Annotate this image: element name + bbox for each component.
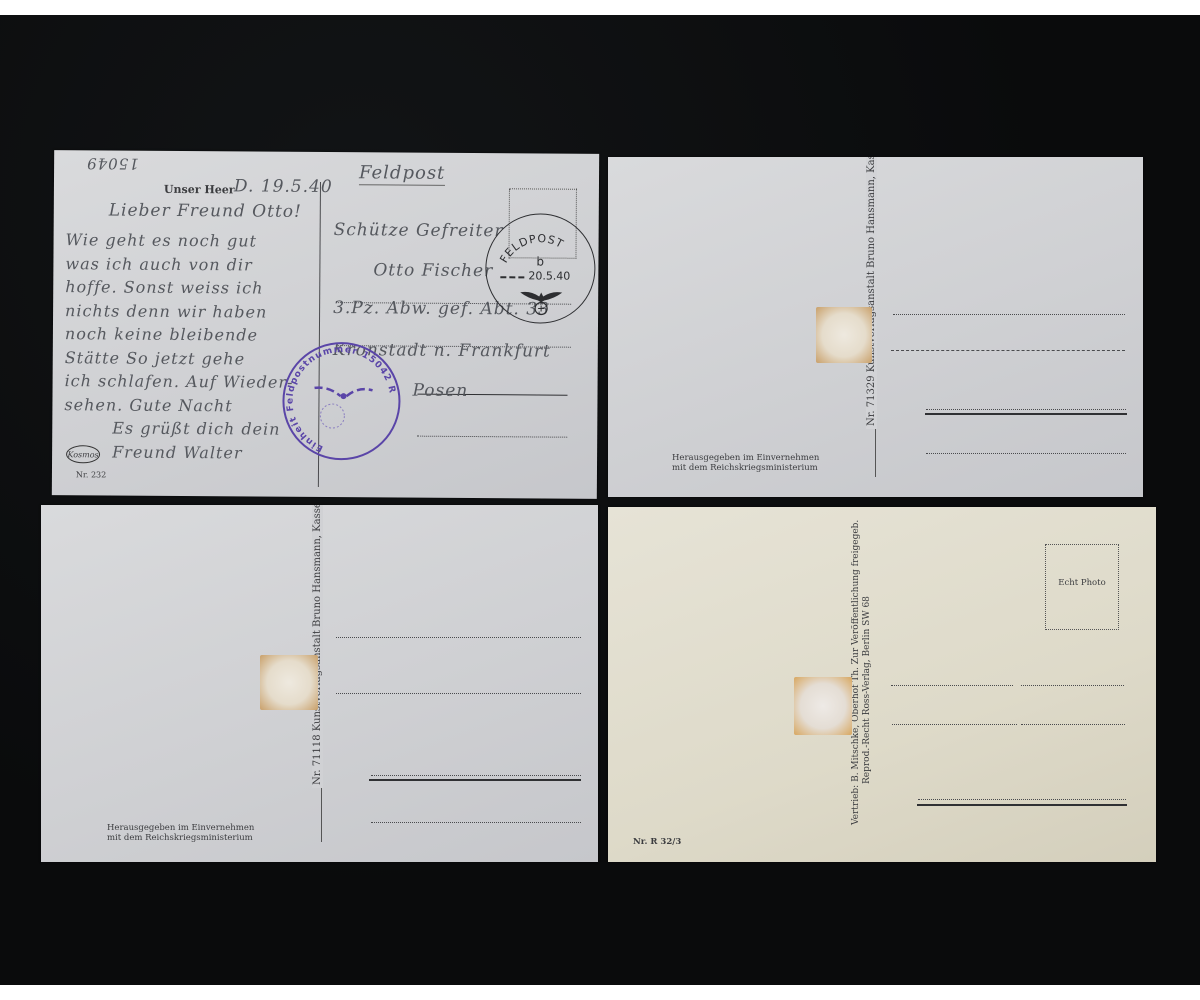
publisher-logo-text: Kosmos [67, 450, 98, 459]
vertical-imprint-line-1: Vertrieb: B. Mitschke, Oberhof Th. Zur V… [851, 520, 861, 825]
stamp-box: Echt Photo [1045, 544, 1119, 630]
handwritten-line: nichts denn wir haben [65, 299, 320, 324]
publisher-logo: Kosmos [66, 445, 100, 463]
postmark-dash [500, 276, 524, 278]
address-line-3-solid [369, 779, 581, 781]
black-background: 15049 Unser Heer D. 19.5.40 Lieber Freun… [0, 15, 1200, 985]
stamp-remnant [816, 307, 872, 363]
handwritten-address-line: Posen [412, 381, 468, 401]
address-line-3-solid [917, 804, 1127, 806]
unit-stamp-eagle-icon [310, 376, 376, 432]
address-line-1 [336, 637, 581, 638]
postcard-top-right: Nr. 71329 Kunstverlagsanstalt Bruno Hans… [608, 157, 1143, 497]
address-line-3 [371, 775, 581, 776]
handwritten-address-line: Schütze Gefreiter [334, 220, 504, 241]
handwritten-line: Es grüßt dich dein [64, 416, 319, 441]
unit-stamp: Einheit Feldpostnummer 15042 R [282, 342, 401, 461]
vertical-imprint-line-2: Reprod.-Recht Ross-Verlag, Berlin SW 68 [862, 596, 872, 784]
handwritten-greeting: Lieber Freund Otto! [109, 200, 302, 221]
publisher-note: Herausgegeben im Einvernehmen mit dem Re… [107, 823, 254, 843]
postcard-top-left: 15049 Unser Heer D. 19.5.40 Lieber Freun… [52, 150, 599, 499]
address-line-1 [893, 314, 1125, 315]
address-line-3 [918, 799, 1126, 800]
handwritten-top-note: 15049 [86, 154, 139, 172]
postmark-letter: b [536, 254, 544, 268]
handwritten-feldpost: Feldpost [359, 162, 445, 186]
stamp-remnant [794, 677, 852, 735]
address-line-4 [371, 822, 581, 823]
publisher-note: Herausgegeben im Einvernehmen mit dem Re… [672, 453, 819, 473]
address-line-2 [336, 693, 581, 694]
handwritten-line: noch keine bleibende [65, 322, 320, 347]
handwritten-line: ich schlafen. Auf Wieder- [65, 369, 320, 394]
publisher-note-line-1: Herausgegeben im Einvernehmen [672, 453, 819, 463]
card-header-title: Unser Heer [164, 183, 235, 196]
publisher-note-line-1: Herausgegeben im Einvernehmen [107, 823, 254, 833]
svg-text:FELDPOST: FELDPOST [497, 232, 566, 266]
stamp-box-label: Echt Photo [1046, 578, 1118, 588]
address-line-2 [891, 350, 1125, 351]
eagle-emblem-icon [518, 286, 564, 316]
handwritten-line: sehen. Gute Nacht [64, 393, 319, 418]
catalog-number: Nr. 232 [76, 470, 106, 479]
address-line-1a [891, 685, 1013, 686]
address-line-3-solid [925, 413, 1127, 415]
vertical-imprint: Nr. 71118 Kunstverlagsanstalt Bruno Hans… [312, 505, 323, 788]
feldpost-postmark: FELDPOST b 20.5.40 [485, 213, 596, 324]
address-line-2a [892, 724, 1017, 725]
handwritten-line: Wie geht es noch gut [66, 228, 321, 253]
handwritten-line: Freund Walter [64, 440, 319, 465]
postcard-bottom-right: Echt Photo Vertrieb: B. Mitschke, Oberho… [608, 507, 1156, 862]
postcard-bottom-left: Nr. 71118 Kunstverlagsanstalt Bruno Hans… [41, 505, 598, 862]
stamp-remnant [260, 655, 318, 710]
address-line-3 [926, 409, 1126, 410]
publisher-note-line-2: mit dem Reichskriegsministerium [672, 463, 819, 473]
handwritten-line: hoffe. Sonst weiss ich [65, 275, 320, 300]
address-line-4 [417, 436, 567, 438]
handwritten-date: D. 19.5.40 [234, 176, 333, 197]
address-line-2b [1021, 724, 1125, 725]
postmark-date: 20.5.40 [528, 269, 570, 282]
address-line-1b [1021, 685, 1124, 686]
handwritten-line: Stätte So jetzt gehe [65, 346, 320, 371]
vertical-imprint: Nr. 71329 Kunstverlagsanstalt Bruno Hans… [866, 157, 877, 429]
catalog-number: Nr. R 32/3 [633, 837, 681, 847]
publisher-note-line-2: mit dem Reichskriegsministerium [107, 833, 254, 843]
address-line-4 [926, 453, 1126, 454]
handwritten-address-line: Otto Fischer [373, 260, 493, 281]
handwritten-line: was ich auch von dir [65, 252, 320, 277]
